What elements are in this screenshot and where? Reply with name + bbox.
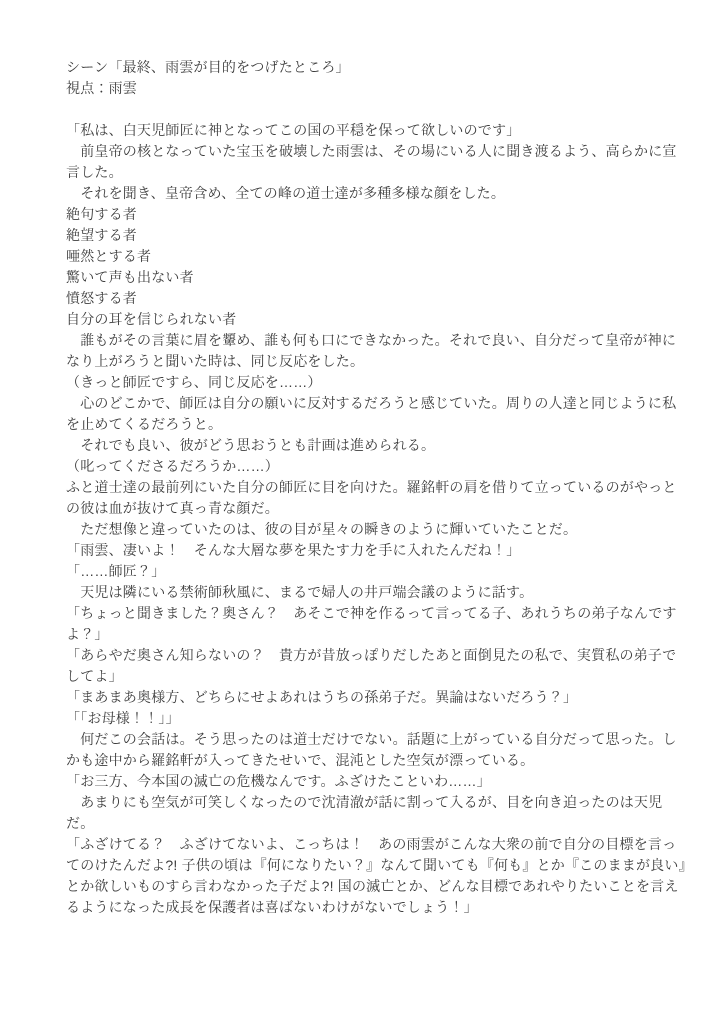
text-line: 「お三方、今本国の滅亡の危機なんです。ふざけたこといわ……」 — [66, 771, 670, 792]
text-line: 驚いて声も出ない者 — [66, 267, 670, 288]
text-line: 「ちょっと聞きました？奥さん？ あそこで神を作るって言ってる子、あれうちの弟子な… — [66, 603, 670, 624]
text-line: だ。 — [66, 813, 670, 834]
text-line: かも途中から羅銘軒が入ってきたせいで、混沌とした空気が漂っている。 — [66, 750, 670, 771]
text-line: を止めてくるだろうと。 — [66, 414, 670, 435]
text-line: の彼は血が抜けて真っ青な顔だ。 — [66, 498, 670, 519]
text-line: 言した。 — [66, 162, 670, 183]
text-line: ただ想像と違っていたのは、彼の目が星々の瞬きのように輝いていたことだ。 — [66, 519, 670, 540]
text-line: 「「お母様！！」」 — [66, 708, 670, 729]
text-line: 視点：雨雲 — [66, 78, 670, 99]
text-line: それを聞き、皇帝含め、全ての峰の道士達が多種多様な顔をした。 — [66, 183, 670, 204]
text-line: 「……師匠？」 — [66, 561, 670, 582]
text-line: 誰もがその言葉に眉を顰め、誰も何も口にできなかった。それで良い、自分だって皇帝が… — [66, 330, 670, 351]
text-line: 「ふざけてる？ ふざけてないよ、こっちは！ あの雨雲がこんな大衆の前で自分の目標… — [66, 834, 670, 855]
text-line: 憤怒する者 — [66, 288, 670, 309]
text-line: 心のどこかで、師匠は自分の願いに反対するだろうと感じていた。周りの人達と同じよう… — [66, 393, 670, 414]
text-line: てのけたんだよ?! 子供の頃は『何になりたい？』なんて聞いても『何も』とか『この… — [66, 855, 670, 876]
text-line: シーン「最終、雨雲が目的をつげたところ」 — [66, 57, 670, 78]
text-line: ふと道士達の最前列にいた自分の師匠に目を向けた。羅銘軒の肩を借りて立っているのが… — [66, 477, 670, 498]
text-line: 前皇帝の核となっていた宝玉を破壊した雨雲は、その場にいる人に聞き渡るよう、高らか… — [66, 141, 670, 162]
text-line: なり上がろうと聞いた時は、同じ反応をした。 — [66, 351, 670, 372]
text-line: 絶望する者 — [66, 225, 670, 246]
text-line: 何だこの会話は。そう思ったのは道士だけでない。話題に上がっている自分だって思った… — [66, 729, 670, 750]
document-page: シーン「最終、雨雲が目的をつげたところ」視点：雨雲 「私は、白天児師匠に神となっ… — [66, 57, 670, 918]
text-line: るようになった成長を保護者は喜ばないわけがないでしょう！」 — [66, 897, 670, 918]
text-line: （きっと師匠ですら、同じ反応を……） — [66, 372, 670, 393]
text-line: それでも良い、彼がどう思おうとも計画は進められる。 — [66, 435, 670, 456]
text-line: してよ」 — [66, 666, 670, 687]
text-line: 「まあまあ奥様方、どちらにせよあれはうちの孫弟子だ。異論はないだろう？」 — [66, 687, 670, 708]
text-line: あまりにも空気が可笑しくなったので沈清澈が話に割って入るが、目を向き迫ったのは天… — [66, 792, 670, 813]
text-line: よ？」 — [66, 624, 670, 645]
text-line: とか欲しいものすら言わなかった子だよ?! 国の滅亡とか、どんな目標であれやりたい… — [66, 876, 670, 897]
text-line: 「雨雲、凄いよ！ そんな大層な夢を果たす力を手に入れたんだね！」 — [66, 540, 670, 561]
text-line: 天児は隣にいる禁術師秋風に、まるで婦人の井戸端会議のように話す。 — [66, 582, 670, 603]
text-line: 絶句する者 — [66, 204, 670, 225]
scene-header: シーン「最終、雨雲が目的をつげたところ」視点：雨雲 — [66, 57, 670, 99]
story-body: 「私は、白天児師匠に神となってこの国の平穏を保って欲しいのです」 前皇帝の核とな… — [66, 120, 670, 918]
text-line: （叱ってくださるだろうか……） — [66, 456, 670, 477]
text-line: 自分の耳を信じられない者 — [66, 309, 670, 330]
text-line: 「あらやだ奥さん知らないの？ 貴方が昔放っぽりだしたあと面倒見たの私で、実質私の… — [66, 645, 670, 666]
text-line: 唖然とする者 — [66, 246, 670, 267]
text-line: 「私は、白天児師匠に神となってこの国の平穏を保って欲しいのです」 — [66, 120, 670, 141]
